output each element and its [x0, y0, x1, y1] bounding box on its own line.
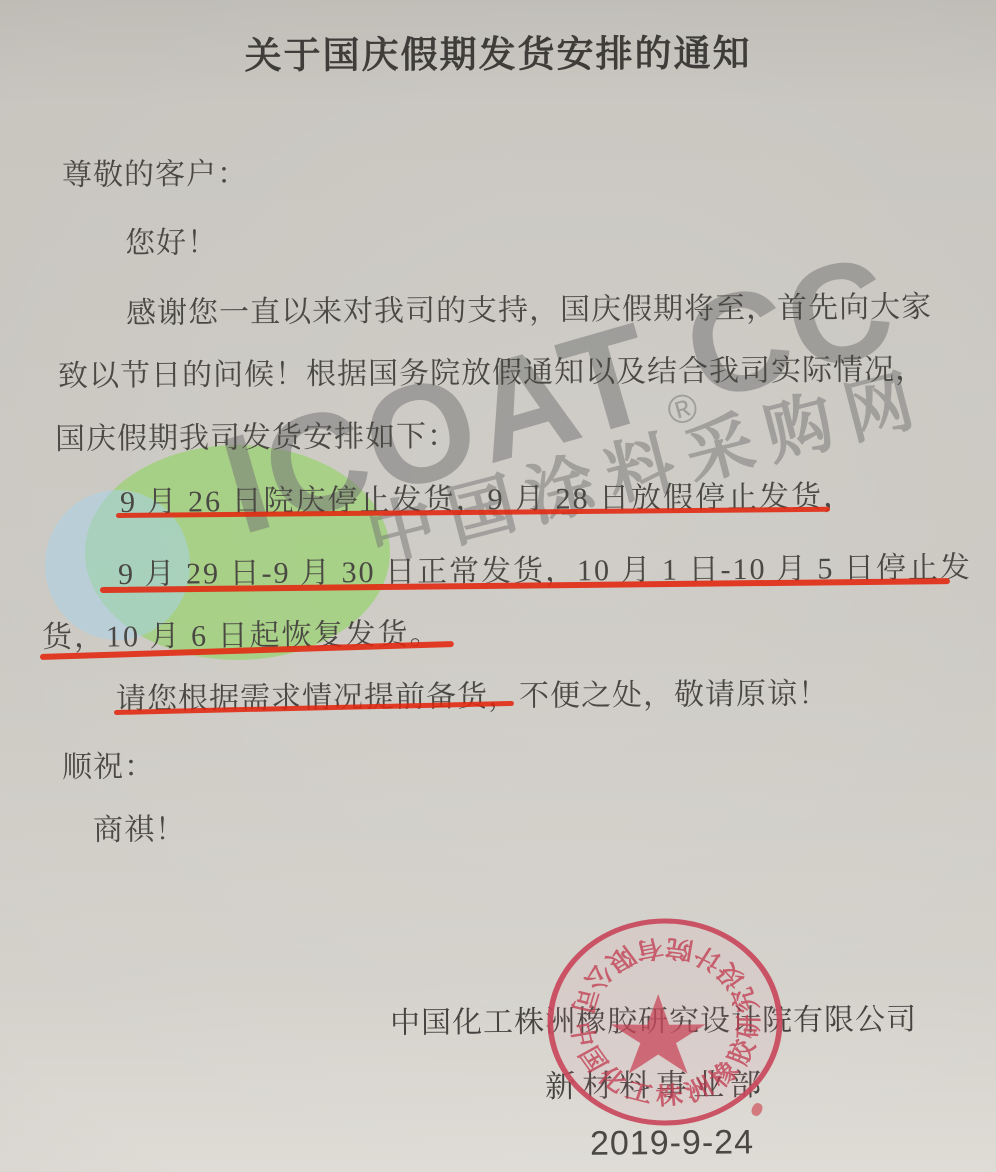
company-seal-stamp: 中国化工株洲橡胶研究设计院有限公司 [525, 897, 805, 1147]
greeting-line: 您好！ [125, 217, 218, 262]
body-line: 感谢您一直以来对我司的支持，国庆假期将至，首先向大家 [126, 282, 932, 332]
body-line: 国庆假期我司发货安排如下： [55, 411, 458, 458]
notice-title: 关于国庆假期发货安排的通知 [0, 21, 996, 80]
closing-line: 顺祝： [62, 741, 155, 786]
closing-line: 商祺！ [93, 804, 186, 849]
salutation-line: 尊敬的客户： [62, 149, 248, 194]
body-line: 致以节日的问候！根据国务院放假通知以及结合我司实际情况， [58, 344, 926, 395]
notice-document-page: ICOAT®CC 中国涂料采购网 关于国庆假期发货安排的通知 尊敬的客户： 您好… [0, 0, 996, 1172]
